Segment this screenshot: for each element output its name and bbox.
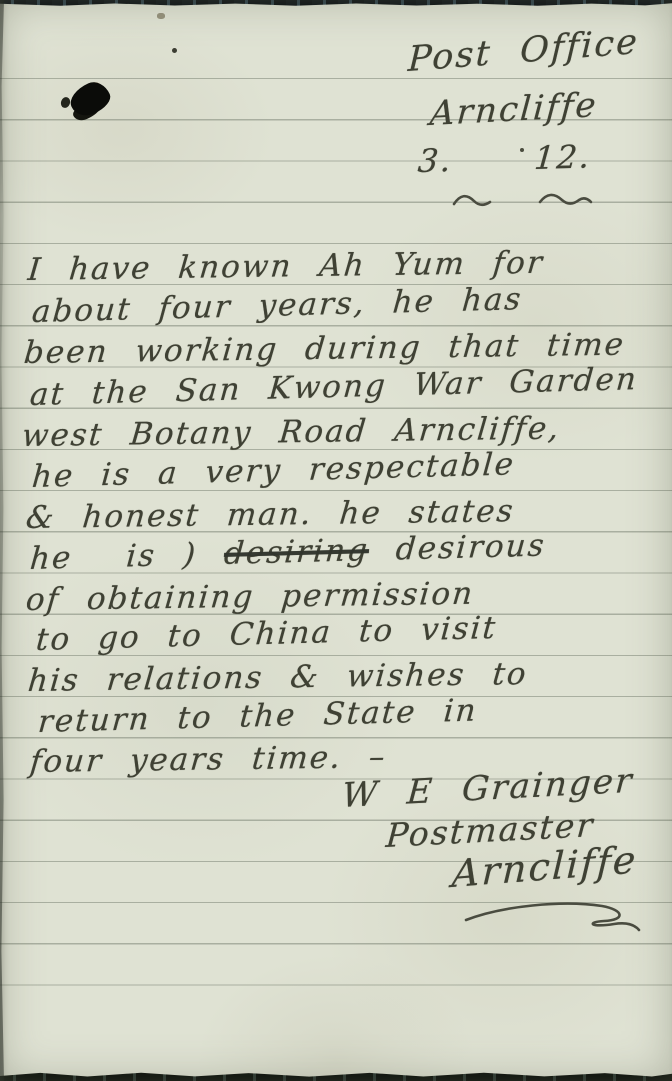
torn-edge-left: [0, 0, 4, 1081]
ink-speck: [59, 96, 71, 109]
ink-blot: [66, 77, 115, 121]
body-line-13: four years time. –: [28, 739, 388, 780]
body-line-2: about four years, he has: [31, 281, 524, 330]
torn-edge-bottom: [0, 1072, 672, 1081]
letter-page: Post Office Arncliffe 3. 12. 05 I have k…: [0, 0, 672, 1081]
heading-date: 3. 12. 05: [417, 134, 672, 180]
underline-squiggle-icon: [448, 188, 628, 216]
heading-post-office: Post Office: [407, 22, 640, 80]
paper-stain: [157, 13, 165, 19]
heading-place: Arncliffe: [429, 85, 599, 134]
torn-edge-top: [0, 0, 672, 6]
ink-speck: [172, 48, 177, 53]
crossed-out-word: desiring: [223, 532, 371, 572]
body-line-8-post: desirous: [368, 528, 547, 569]
signature-flourish-icon: [462, 896, 642, 934]
body-line-1: I have known Ah Yum for: [26, 245, 545, 288]
body-line-8: he is ) desiring desirous: [29, 528, 548, 577]
body-line-12: return to the State in: [37, 693, 479, 740]
body-line-6: he is a very respectable: [31, 446, 517, 495]
body-line-8-pre: he is ): [29, 536, 226, 577]
body-line-10: to go to China to visit: [35, 610, 499, 658]
